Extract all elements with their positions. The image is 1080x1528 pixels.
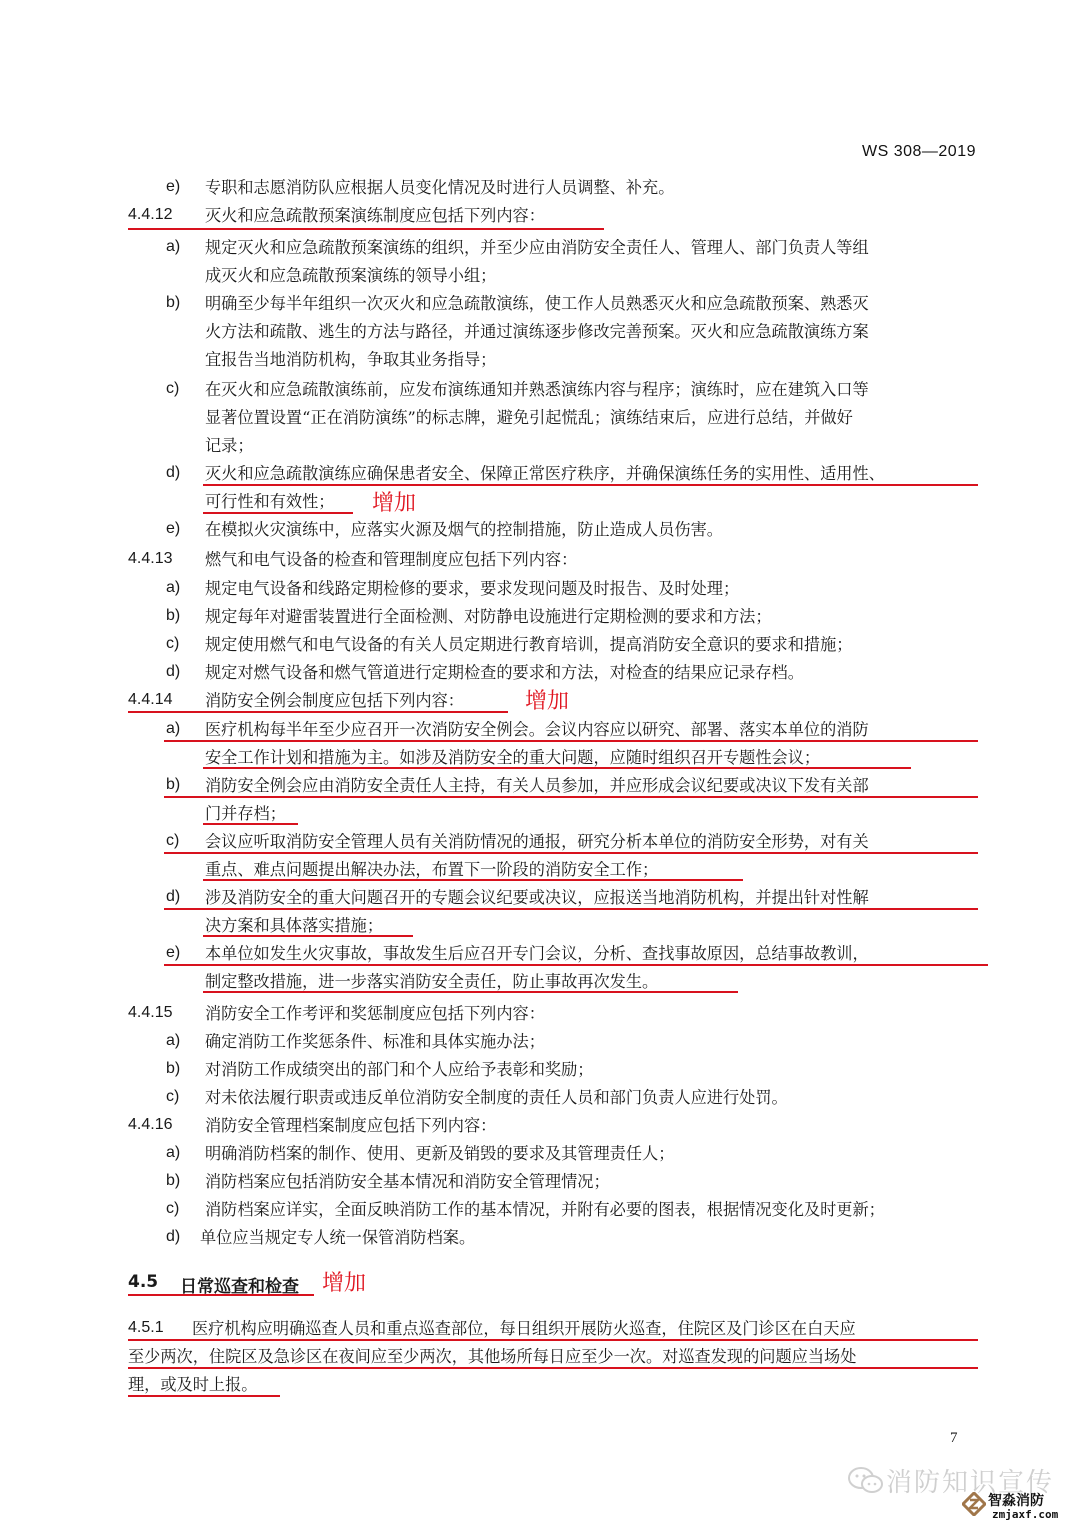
paragraph-text: 至少两次，住院区及急诊区在夜间应至少两次，其他场所每日应至少一次。对巡查发现的问…: [128, 1345, 856, 1369]
item-label: d): [166, 663, 180, 681]
item-text: 记录；: [205, 434, 254, 458]
red-underline: [203, 823, 298, 825]
item-text: 本单位如发生火灾事故，事故发生后应召开专门会议，分析、查找事故原因，总结事故教训…: [205, 942, 869, 966]
red-underline: [128, 1294, 314, 1296]
item-label: d): [166, 1228, 180, 1246]
red-underline: [164, 908, 978, 910]
red-underline: [203, 484, 978, 486]
item-label: c): [166, 635, 179, 653]
item-text: 规定灭火和应急疏散预案演练的组织，并至少应由消防安全责任人、管理人、部门负责人等…: [205, 236, 869, 260]
item-text: 在模拟火灾演练中，应落实火源及烟气的控制措施，防止造成人员伤害。: [205, 518, 723, 542]
item-text: 规定每年对避雷装置进行全面检测、对防静电设施进行定期检测的要求和方法；: [205, 605, 772, 629]
item-label: c): [166, 380, 179, 398]
item-text: 在灭火和应急疏散演练前，应发布演练通知并熟悉演练内容与程序；演练时，应在建筑入口…: [205, 378, 869, 402]
clause-title: 消防安全管理档案制度应包括下列内容：: [205, 1114, 496, 1138]
item-text: 规定电气设备和线路定期检修的要求，要求发现问题及时报告、及时处理；: [205, 577, 739, 601]
item-label: e): [166, 944, 180, 962]
item-label: b): [166, 294, 180, 312]
brand-logo-icon: [962, 1492, 986, 1516]
item-label: a): [166, 1032, 180, 1050]
item-text: 明确至少每半年组织一次灭火和应急疏散演练，使工作人员熟悉灭火和应急疏散预案、熟悉…: [205, 292, 869, 316]
clause-title: 消防安全工作考评和奖惩制度应包括下列内容：: [205, 1002, 545, 1026]
item-text: 确定消防工作奖惩条件、标准和具体实施办法；: [205, 1030, 545, 1054]
item-text: 规定对燃气设备和燃气管道进行定期检查的要求和方法，对检查的结果应记录存档。: [205, 661, 804, 685]
red-underline: [164, 852, 978, 854]
clause-number: 4.4.12: [128, 206, 172, 224]
item-text: 成灭火和应急疏散预案演练的领导小组；: [205, 264, 496, 288]
paragraph-text: 理，或及时上报。: [128, 1373, 258, 1397]
red-underline: [203, 767, 911, 769]
item-text: 对未依法履行职责或违反单位消防安全制度的责任人员和部门负责人应进行处罚。: [205, 1086, 788, 1110]
item-text: 消防档案应详实，全面反映消防工作的基本情况，并附有必要的图表，根据情况变化及时更…: [205, 1198, 885, 1222]
red-underline: [128, 711, 508, 713]
item-label: a): [166, 579, 180, 597]
item-text: 规定使用燃气和电气设备的有关人员定期进行教育培训，提高消防安全意识的要求和措施；: [205, 633, 853, 657]
item-text: 灭火和应急疏散演练应确保患者安全、保障正常医疗秩序，并确保演练任务的实用性、适用…: [205, 462, 885, 486]
item-text: 专职和志愿消防队应根据人员变化情况及时进行人员调整、补充。: [205, 176, 674, 200]
item-text: 医疗机构每半年至少应召开一次消防安全例会。会议内容应以研究、部署、落实本单位的消…: [205, 718, 869, 742]
red-underline: [128, 1339, 978, 1341]
item-text: 明确消防档案的制作、使用、更新及销毁的要求及其管理责任人；: [205, 1142, 674, 1166]
item-text: 涉及消防安全的重大问题召开的专题会议纪要或决议，应报送当地消防机构，并提出针对性…: [205, 886, 869, 910]
red-underline: [164, 796, 978, 798]
item-label: e): [166, 178, 180, 196]
red-underline: [203, 935, 413, 937]
item-label: b): [166, 1060, 180, 1078]
red-underline: [128, 1367, 978, 1369]
red-underline: [203, 512, 353, 514]
item-text: 对消防工作成绩突出的部门和个人应给予表彰和奖励；: [205, 1058, 594, 1082]
item-label: d): [166, 888, 180, 906]
annotation-added: 增加: [322, 1266, 366, 1297]
item-label: b): [166, 1172, 180, 1190]
clause-title: 燃气和电气设备的检查和管理制度应包括下列内容：: [205, 548, 577, 572]
annotation-added: 增加: [372, 486, 416, 517]
wechat-icon: [848, 1466, 884, 1496]
item-text: 宜报告当地消防机构，争取其业务指导；: [205, 348, 496, 372]
item-text: 消防安全例会应由消防安全责任人主持，有关人员参加，并应形成会议纪要或决议下发有关…: [205, 774, 869, 798]
document-page: WS 308—2019 e) 专职和志愿消防队应根据人员变化情况及时进行人员调整…: [0, 0, 1080, 1528]
clause-number: 4.4.13: [128, 550, 172, 568]
red-underline: [203, 879, 743, 881]
clause-title: 灭火和应急疏散预案演练制度应包括下列内容：: [205, 204, 545, 228]
paragraph-text: 医疗机构应明确巡查人员和重点巡查部位，每日组织开展防火巡查，住院区及门诊区在白天…: [192, 1317, 856, 1341]
section-number: 4.5: [128, 1272, 158, 1292]
item-text: 显著位置设置“正在消防演练”的标志牌，避免引起慌乱；演练结束后，应进行总结，并做…: [205, 406, 853, 430]
item-label: b): [166, 607, 180, 625]
page-number: 7: [950, 1430, 958, 1447]
clause-number: 4.4.16: [128, 1116, 172, 1134]
item-text: 消防档案应包括消防安全基本情况和消防安全管理情况；: [205, 1170, 610, 1194]
item-text: 可行性和有效性；: [205, 490, 335, 514]
clause-number: 4.5.1: [128, 1319, 164, 1337]
brand-domain: zmjaxf.com: [992, 1508, 1058, 1521]
red-underline: [128, 1395, 280, 1397]
item-text: 会议应听取消防安全管理人员有关消防情况的通报，研究分析本单位的消防安全形势，对有…: [205, 830, 869, 854]
item-label: c): [166, 1200, 179, 1218]
annotation-added: 增加: [525, 684, 569, 715]
brand-name: 智淼消防: [988, 1490, 1044, 1510]
item-label: a): [166, 238, 180, 256]
item-text: 单位应当规定专人统一保管消防档案。: [200, 1226, 475, 1250]
item-label: c): [166, 832, 179, 850]
item-label: b): [166, 776, 180, 794]
item-label: c): [166, 1088, 179, 1106]
item-label: e): [166, 520, 180, 538]
item-label: a): [166, 720, 180, 738]
red-underline: [164, 740, 978, 742]
item-text: 火方法和疏散、逃生的方法与路径，并通过演练逐步修改完善预案。灭火和应急疏散演练方…: [205, 320, 869, 344]
item-label: a): [166, 1144, 180, 1162]
clause-number: 4.4.15: [128, 1004, 172, 1022]
item-label: d): [166, 464, 180, 482]
red-underline: [164, 964, 988, 966]
clause-title: 消防安全例会制度应包括下列内容：: [205, 689, 464, 713]
standard-code: WS 308—2019: [862, 143, 976, 161]
clause-number: 4.4.14: [128, 691, 172, 709]
red-underline: [128, 228, 604, 230]
red-underline: [203, 991, 738, 993]
